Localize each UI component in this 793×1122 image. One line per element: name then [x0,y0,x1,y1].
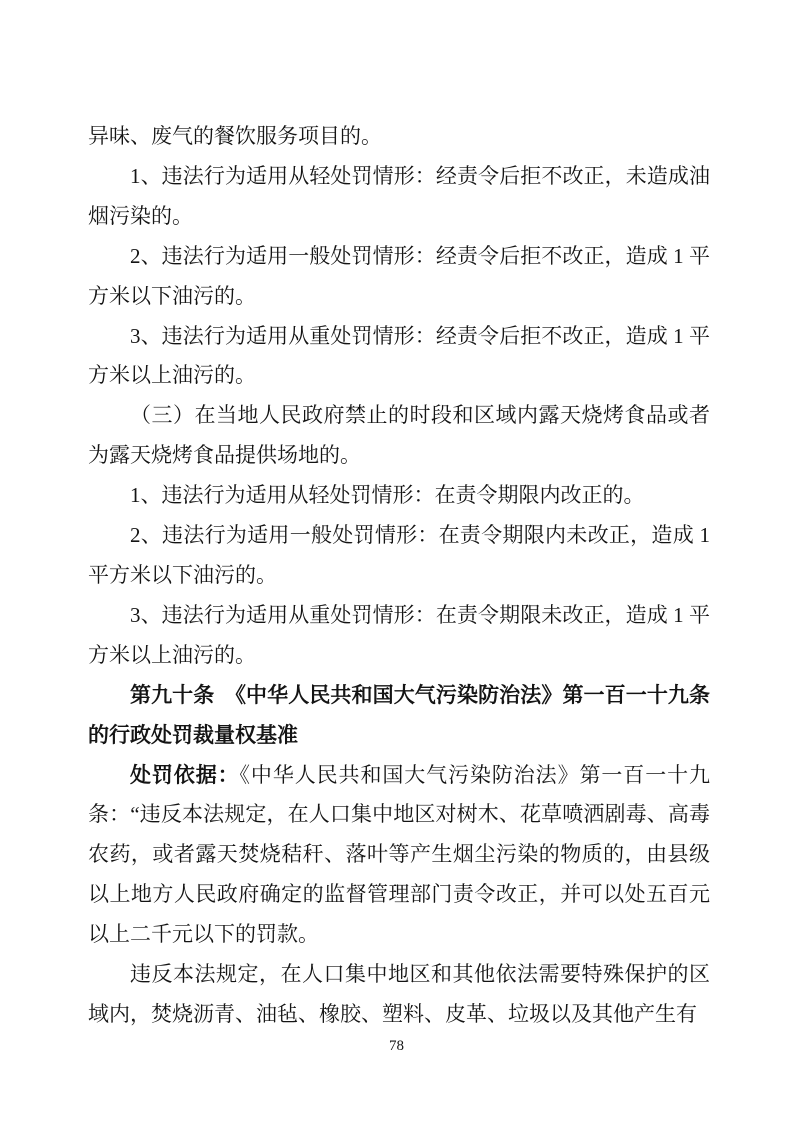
paragraph: 违反本法规定，在人口集中地区和其他依法需要特殊保护的区域内，焚烧沥青、油毡、橡胶… [88,955,710,1035]
text-run: 3、违法行为适用从重处罚情形：在责令期限未改正，造成 1 平方米以上油污的。 [88,603,710,667]
text-run: 3、违法行为适用从重处罚情形：经责令后拒不改正，造成 1 平方米以上油污的。 [88,324,710,388]
page-number: 78 [389,1038,404,1054]
text-run: 异味、废气的餐饮服务项目的。 [88,124,382,148]
paragraph: 2、违法行为适用一般处罚情形：在责令期限内未改正，造成 1 平方米以下油污的。 [88,516,710,596]
paragraph: 异味、废气的餐饮服务项目的。 [88,117,710,157]
text-run: 《中华人民共和国大气污染防治法》第一百一十九条：“违反本法规定，在人口集中地区对… [88,763,710,947]
text-run: 1、违法行为适用从轻处罚情形：在责令期限内改正的。 [130,483,645,507]
bold-run: 第九十条 《中华人民共和国大气污染防治法》第一百一十九条的行政处罚裁量权基准 [88,683,710,747]
document-body: 异味、废气的餐饮服务项目的。1、违法行为适用从轻处罚情形：经责令后拒不改正，未造… [88,117,710,1035]
text-run: 违反本法规定，在人口集中地区和其他依法需要特殊保护的区域内，焚烧沥青、油毡、橡胶… [88,962,710,1026]
bold-run: 处罚依据： [130,763,240,787]
text-run: 2、违法行为适用一般处罚情形：在责令期限内未改正，造成 1 平方米以下油污的。 [88,523,710,587]
text-run: （三）在当地人民政府禁止的时段和区域内露天烧烤食品或者为露天烧烤食品提供场地的。 [88,403,710,467]
document-page: 异味、废气的餐饮服务项目的。1、违法行为适用从轻处罚情形：经责令后拒不改正，未造… [0,0,793,1122]
text-run: 1、违法行为适用从轻处罚情形：经责令后拒不改正，未造成油烟污染的。 [88,164,710,228]
paragraph: 第九十条 《中华人民共和国大气污染防治法》第一百一十九条的行政处罚裁量权基准 [88,676,710,756]
page-footer: 78 [0,1037,793,1055]
paragraph: 3、违法行为适用从重处罚情形：在责令期限未改正，造成 1 平方米以上油污的。 [88,596,710,676]
paragraph: 1、违法行为适用从轻处罚情形：在责令期限内改正的。 [88,476,710,516]
paragraph: （三）在当地人民政府禁止的时段和区域内露天烧烤食品或者为露天烧烤食品提供场地的。 [88,396,710,476]
paragraph: 2、违法行为适用一般处罚情形：经责令后拒不改正，造成 1 平方米以下油污的。 [88,237,710,317]
paragraph: 1、违法行为适用从轻处罚情形：经责令后拒不改正，未造成油烟污染的。 [88,157,710,237]
text-run: 2、违法行为适用一般处罚情形：经责令后拒不改正，造成 1 平方米以下油污的。 [88,244,710,308]
paragraph: 3、违法行为适用从重处罚情形：经责令后拒不改正，造成 1 平方米以上油污的。 [88,317,710,397]
paragraph: 处罚依据：《中华人民共和国大气污染防治法》第一百一十九条：“违反本法规定，在人口… [88,756,710,956]
